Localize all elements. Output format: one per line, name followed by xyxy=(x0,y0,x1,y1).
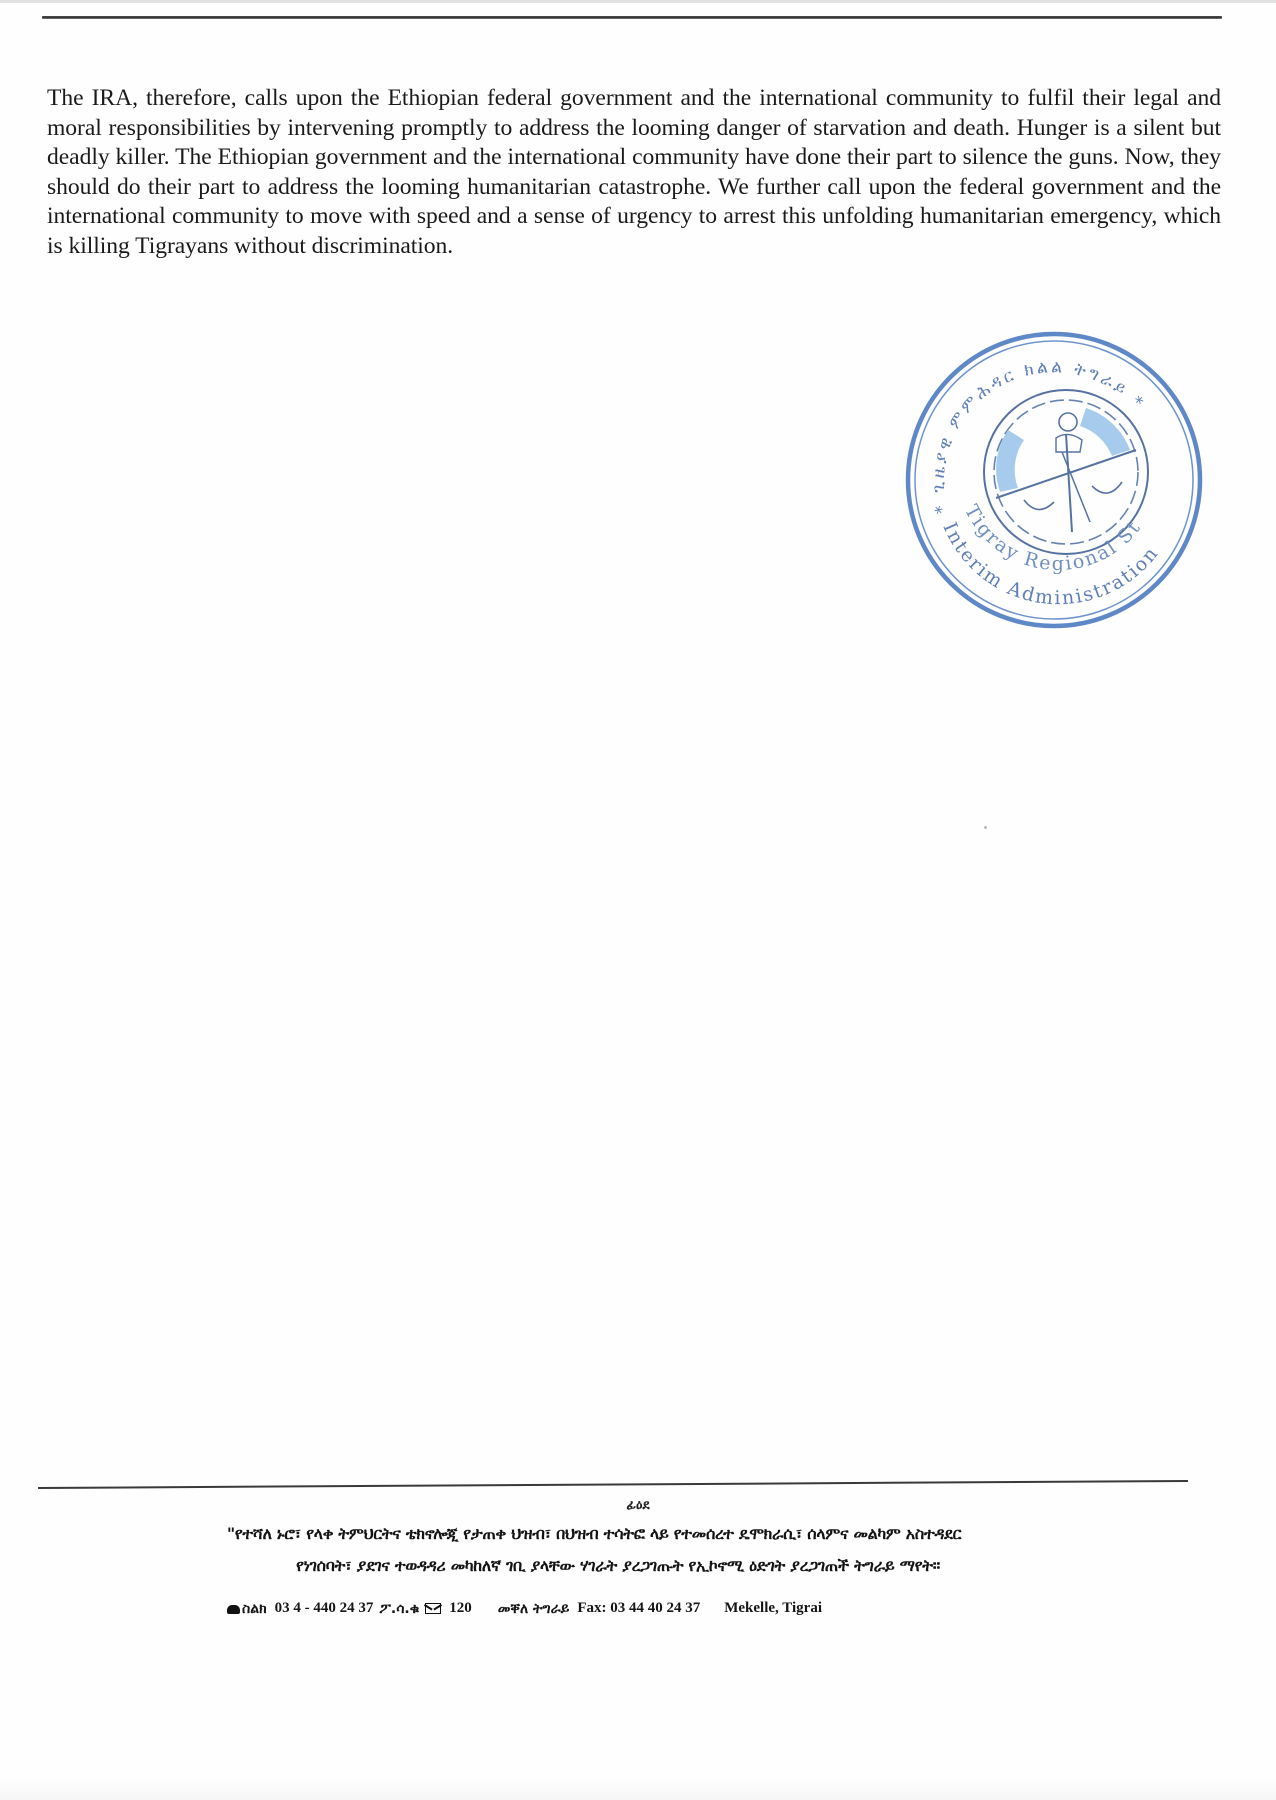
fax-number: Fax: 03 44 40 24 37 xyxy=(577,1600,700,1617)
pobox-label: ፖ.ሳ.ቁ xyxy=(379,1601,419,1617)
telephone-icon xyxy=(226,1602,242,1616)
footer-page-marker: ፊዕደ xyxy=(0,1498,1276,1513)
body-paragraph: The IRA, therefore, calls upon the Ethio… xyxy=(47,84,1221,262)
seal-icon: * ጊዜያዊ ምምሕዳር ክልል ትግራይ * Tigray Regional … xyxy=(896,322,1212,638)
footer-divider xyxy=(38,1480,1188,1489)
header-divider xyxy=(42,16,1222,19)
phone-label: ስልክ xyxy=(242,1601,267,1617)
scan-speck xyxy=(984,826,987,829)
official-seal-stamp: * ጊዜያዊ ምምሕዳር ክልል ትግራይ * Tigray Regional … xyxy=(896,322,1212,638)
city-english: Mekelle, Tigrai xyxy=(724,1600,822,1617)
phone-number: 03 4 - 440 24 37 xyxy=(275,1600,374,1617)
pobox-number: 120 xyxy=(449,1600,472,1617)
city-geez: መቐለ ትግራይ xyxy=(498,1601,570,1617)
footer-motto-line-1: "የተሻለ ኑሮ፣ የላቀ ትምህርትና ቴክኖሎጂ የታጠቀ ህዝብ፣ በህዝ… xyxy=(0,1524,1232,1544)
footer-motto-line-2: የነገሰባት፣ ያደገና ተወዳዳሪ መካከለኛ ገቢ ያላቸው ሃገራት ያረ… xyxy=(0,1556,1256,1576)
footer-contact-line: ስልክ 03 4 - 440 24 37 ፖ.ሳ.ቁ 120 መቐለ ትግራይ … xyxy=(226,1600,822,1617)
page-top-edge xyxy=(0,0,1276,3)
mailbox-icon xyxy=(425,1603,441,1614)
page-bottom-edge xyxy=(0,1778,1276,1800)
